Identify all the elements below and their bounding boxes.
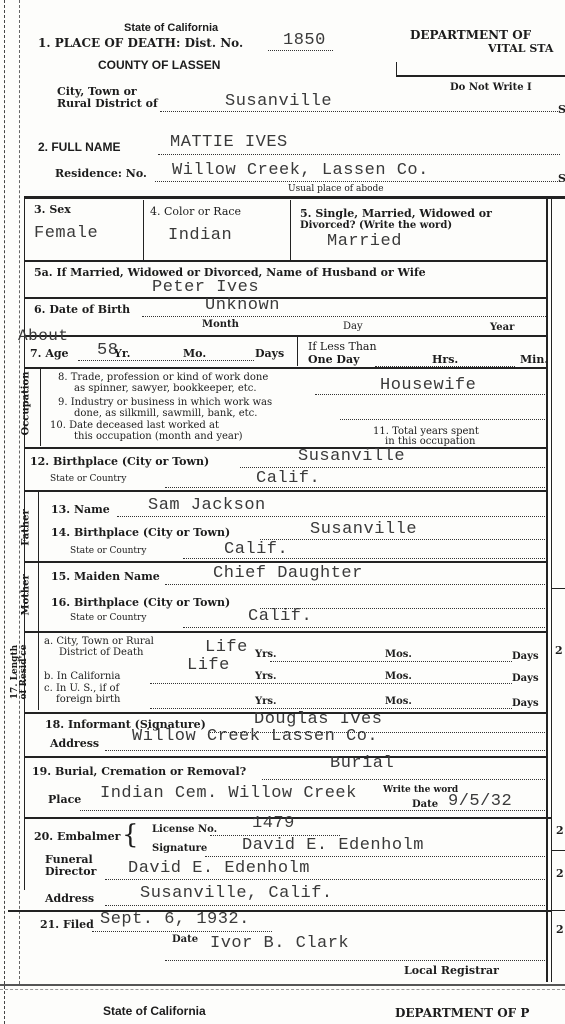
right-mark-2d: 2: [556, 923, 564, 936]
q8-label: 8. Trade, profession or kind of work don…: [58, 372, 268, 394]
occupation-value: Housewife: [380, 376, 476, 395]
dob-year-caption: Year: [490, 322, 514, 333]
filed-date-caption: Date: [172, 934, 198, 945]
mother-state-label: State or Country: [70, 613, 146, 623]
spouse-value: Peter Ives: [152, 278, 259, 297]
embalmer-signature: David E. Edenholm: [242, 836, 424, 855]
director-address-label: Address: [45, 892, 94, 905]
dob-value: Unknown: [205, 296, 280, 315]
city-label: City, Town or Rural District of: [57, 86, 158, 110]
father-birthplace-city: Susanville: [310, 520, 417, 539]
embalmer-brace-icon: {: [122, 822, 139, 848]
state-heading: State of California: [124, 22, 218, 34]
right-mark-s2: S: [558, 172, 565, 185]
race-value: Indian: [168, 226, 232, 245]
funeral-director: David E. Edenholm: [128, 859, 310, 878]
race-label: 4. Color or Race: [150, 205, 241, 218]
residence-length-side-label: 17. Length of Resid'ce: [11, 644, 29, 700]
filed-value: Sept. 6, 1932.: [100, 910, 250, 929]
residence-b-label: b. In California: [44, 671, 120, 682]
dob-month-caption: Month: [202, 319, 239, 330]
residence-caption: Usual place of abode: [288, 184, 384, 194]
mother-state: Calif.: [248, 607, 312, 626]
residence-b-value: Life: [187, 656, 230, 675]
next-form-state-heading: State of California: [103, 1004, 206, 1018]
burial-date-label: Date: [412, 799, 438, 810]
age-days: Days: [255, 347, 284, 360]
right-mark-2c: 2: [556, 867, 564, 880]
burial-value: Burial: [330, 754, 394, 773]
sex-label: 3. Sex: [34, 203, 71, 216]
birthplace-state: Calif.: [256, 469, 320, 488]
informant-address: Willow Creek Lassen Co.: [132, 727, 378, 746]
residence-c-label: c. In U. S., if of foreign birth: [44, 683, 120, 705]
dob-day-caption: Day: [343, 321, 363, 332]
vital-statistics-heading: VITAL STA: [488, 42, 553, 55]
embalmer-signature-label: Signature: [152, 843, 207, 854]
mother-name-label: 15. Maiden Name: [51, 570, 160, 583]
mother-name: Chief Daughter: [213, 564, 363, 583]
less-than-label-2: One Day: [308, 353, 359, 366]
father-name: Sam Jackson: [148, 496, 266, 515]
residence-label: Residence: No.: [55, 167, 147, 180]
father-name-label: 13. Name: [51, 503, 110, 516]
burial-write-word: Write the word: [383, 785, 458, 795]
mother-side-label: Mother: [21, 576, 32, 616]
birthplace-state-label: State or Country: [50, 474, 126, 484]
department-heading: DEPARTMENT OF: [410, 28, 531, 42]
less-than-hrs: Hrs.: [432, 353, 458, 366]
birthplace-city: Susanville: [298, 447, 405, 466]
q11-label: 11. Total years spent in this occupation: [373, 427, 479, 447]
father-side-label: Father: [21, 508, 32, 548]
license-label: License No.: [152, 824, 217, 835]
left-margin-perforation: [4, 0, 5, 1024]
age-yr: Yr.: [114, 347, 130, 360]
registrar-caption: Local Registrar: [404, 964, 499, 977]
dob-label: 6. Date of Birth: [34, 303, 130, 316]
county-heading: COUNTY OF LASSEN: [98, 58, 220, 72]
mother-birthplace-label: 16. Birthplace (City or Town): [51, 596, 230, 609]
q9-label: 9. Industry or business in which work wa…: [58, 397, 272, 419]
right-mark-s1: S: [558, 103, 565, 116]
left-margin-border: [19, 0, 20, 984]
funeral-director-label: Funeral Director: [45, 854, 96, 878]
next-form-department-heading: DEPARTMENT OF P: [395, 1006, 529, 1020]
q10-label: 10. Date deceased last worked at this oc…: [50, 420, 243, 442]
father-state-label: State or Country: [70, 546, 146, 556]
license-value: 1479: [252, 814, 295, 833]
place-of-death-label: 1. PLACE OF DEATH: Dist. No.: [38, 36, 243, 50]
full-name-label: 2. FULL NAME: [38, 140, 120, 154]
age-label: 7. Age: [30, 347, 69, 360]
district-number: 1850: [283, 31, 326, 50]
right-mark-2b: 2: [556, 824, 564, 837]
city-value: Susanville: [225, 92, 332, 111]
father-state: Calif.: [224, 540, 288, 559]
residence-a-label: a. City, Town or Rural District of Death: [44, 636, 154, 658]
age-mo: Mo.: [183, 347, 206, 360]
birthplace-label: 12. Birthplace (City or Town): [30, 455, 209, 468]
marital-value: Married: [327, 232, 402, 251]
age-prefix: About: [18, 327, 69, 345]
burial-place-label: Place: [48, 793, 81, 806]
occupation-side-label: Occupation: [21, 376, 32, 436]
sex-value: Female: [34, 224, 98, 243]
informant-address-label: Address: [50, 737, 99, 750]
do-not-write-note: Do Not Write I: [450, 82, 532, 93]
burial-date: 9/5/32: [448, 792, 512, 811]
full-name-value: MATTIE IVES: [170, 133, 288, 152]
less-than-label-1: If Less Than: [308, 340, 377, 353]
father-birthplace-label: 14. Birthplace (City or Town): [51, 526, 230, 539]
right-mark-2a: 2: [555, 644, 563, 657]
registrar-signature: Ivor B. Clark: [210, 934, 349, 953]
embalmer-label: 20. Embalmer: [34, 830, 120, 843]
burial-label: 19. Burial, Cremation or Removal?: [32, 765, 246, 778]
less-than-min: Min.: [520, 353, 548, 366]
residence-a-value: Life: [205, 638, 248, 657]
marital-label: 5. Single, Married, Widowed or Divorced?…: [300, 208, 492, 232]
director-address: Susanville, Calif.: [140, 884, 333, 903]
filed-label: 21. Filed: [40, 918, 94, 931]
burial-place: Indian Cem. Willow Creek: [100, 784, 357, 803]
residence-value: Willow Creek, Lassen Co.: [172, 161, 429, 180]
